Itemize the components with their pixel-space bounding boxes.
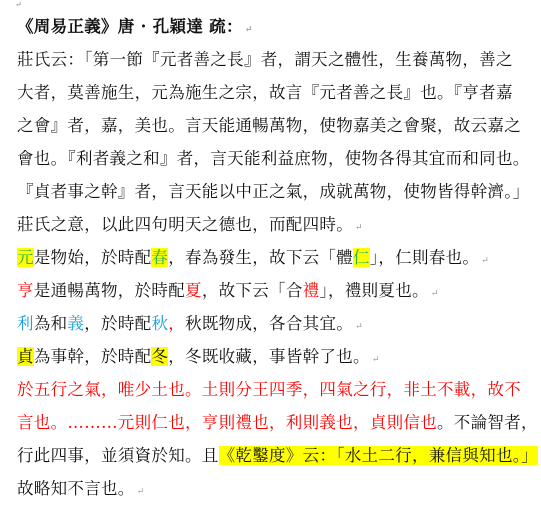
red-text-line: 於五行之氣，唯少土也。土則分王四季，四氣之行，非土不載，故不 [17, 373, 537, 406]
line-text: 是物始，於時配 [34, 248, 152, 267]
qianzaodu-line: 行此四事，並須資於知。且《乾鑿度》云：「水土二行，兼信與知也。」 [17, 439, 537, 472]
line-text: ，於時配 [84, 314, 151, 333]
line-text: 莊氏云：「第一節『元者善之長』者，謂天之體性，生養萬物，善之 [17, 50, 513, 69]
blue-yi: 義 [67, 314, 84, 333]
paragraph-mark-icon: ↵ [372, 355, 380, 365]
yuan-line: 元是物始，於時配春，春為發生，故下云「體仁」，仁則春也。↵ [17, 241, 537, 274]
blue-qiu: 秋 [151, 314, 168, 333]
red-comma: ， [168, 314, 185, 333]
line-text: 為和 [34, 314, 68, 333]
line-text: 莊氏之意，以此四句明天之德也，而配四時。 [17, 215, 353, 234]
text-line: 之會』者，嘉，美也。言天能通暢萬物，使物嘉美之會聚，故云嘉之 [17, 109, 537, 142]
line-text: ，故下云「合 [202, 281, 303, 300]
line-text: 為事幹，於時配 [34, 347, 152, 366]
red-heng: 亨 [17, 281, 34, 300]
line-text: 」，禮則夏也。 [319, 281, 428, 300]
highlight-ren: 仁 [353, 248, 370, 267]
zhen-line: 貞為事幹，於時配冬，冬既收藏，事皆幹了也。↵ [17, 340, 537, 373]
title-text: 《周易正義》唐 · 孔穎達 疏： [17, 17, 243, 36]
highlight-qianzaodu-quote: 《乾鑿度》云：「水土二行，兼信與知也。」 [219, 446, 539, 465]
paragraph-mark-icon: ↵ [431, 289, 439, 299]
paragraph-mark-icon: ↵ [245, 25, 253, 35]
heng-line: 亨是通暢萬物，於時配夏，故下云「合禮」，禮則夏也。↵ [17, 274, 537, 307]
text-line: 莊氏之意，以此四句明天之德也，而配四時。↵ [17, 208, 537, 241]
text-line: 莊氏云：「第一節『元者善之長』者，謂天之體性，生養萬物，善之 [17, 43, 537, 76]
paragraph-mark-icon: ↵ [355, 223, 363, 233]
line-text: 。不論智者， [437, 413, 538, 432]
highlight-chun: 春 [151, 248, 168, 267]
mixed-text-line: 言也。………元則仁也，亨則禮也，利則義也，貞則信也。不論智者， [17, 406, 537, 439]
line-text: 秋既物成，各合其宜。 [185, 314, 353, 333]
paragraph-mark-icon: ↵ [481, 256, 489, 266]
paragraph-mark-icon: ↵ [137, 487, 145, 497]
line-text: 於五行之氣，唯少土也。土則分王四季，四氣之行，非土不載，故不 [17, 380, 521, 399]
line-text: ，春為發生，故下云「體 [168, 248, 353, 267]
line-text: 故略知不言也。 [17, 479, 135, 498]
red-xia: 夏 [185, 281, 202, 300]
line-text: 『貞者事之幹』者，言天能以中正之氣，成就萬物，使物皆得幹濟。」 [17, 182, 530, 201]
line-text: 大者，莫善施生，元為施生之宗，故言『元者善之長』也。『亨者嘉 [17, 83, 513, 102]
document-title: 《周易正義》唐 · 孔穎達 疏：↵ [17, 10, 537, 43]
paragraph-mark-icon: ↵ [355, 322, 363, 332]
blue-li: 利 [17, 314, 34, 333]
highlight-yuan: 元 [17, 248, 34, 267]
paragraph-mark-icon: ↵ [15, 0, 22, 10]
line-text: 是通暢萬物，於時配 [34, 281, 185, 300]
highlight-dong: 冬 [151, 347, 168, 366]
text-line: 『貞者事之幹』者，言天能以中正之氣，成就萬物，使物皆得幹濟。」 [17, 175, 537, 208]
text-line: 會也。『利者義之和』者，言天能利益庶物，使物各得其宜而和同也。 [17, 142, 537, 175]
red-line-text: 言也。………元則仁也，亨則禮也，利則義也，貞則信也 [17, 413, 437, 432]
red-li-rite: 禮 [303, 281, 320, 300]
text-line: 故略知不言也。↵ [17, 472, 537, 505]
line-text: 行此四事，並須資於知。且 [17, 446, 219, 465]
li-line: 利為和義，於時配秋，秋既物成，各合其宜。↵ [17, 307, 537, 340]
line-text: 之會』者，嘉，美也。言天能通暢萬物，使物嘉美之會聚，故云嘉之 [17, 116, 521, 135]
text-line: 大者，莫善施生，元為施生之宗，故言『元者善之長』也。『亨者嘉 [17, 76, 537, 109]
line-text: 」，仁則春也。 [370, 248, 479, 267]
document-body: 《周易正義》唐 · 孔穎達 疏：↵ 莊氏云：「第一節『元者善之長』者，謂天之體性… [17, 10, 537, 505]
highlight-zhen: 貞 [17, 347, 34, 366]
line-text: ，冬既收藏，事皆幹了也。 [168, 347, 370, 366]
line-text: 會也。『利者義之和』者，言天能利益庶物，使物各得其宜而和同也。 [17, 149, 530, 168]
